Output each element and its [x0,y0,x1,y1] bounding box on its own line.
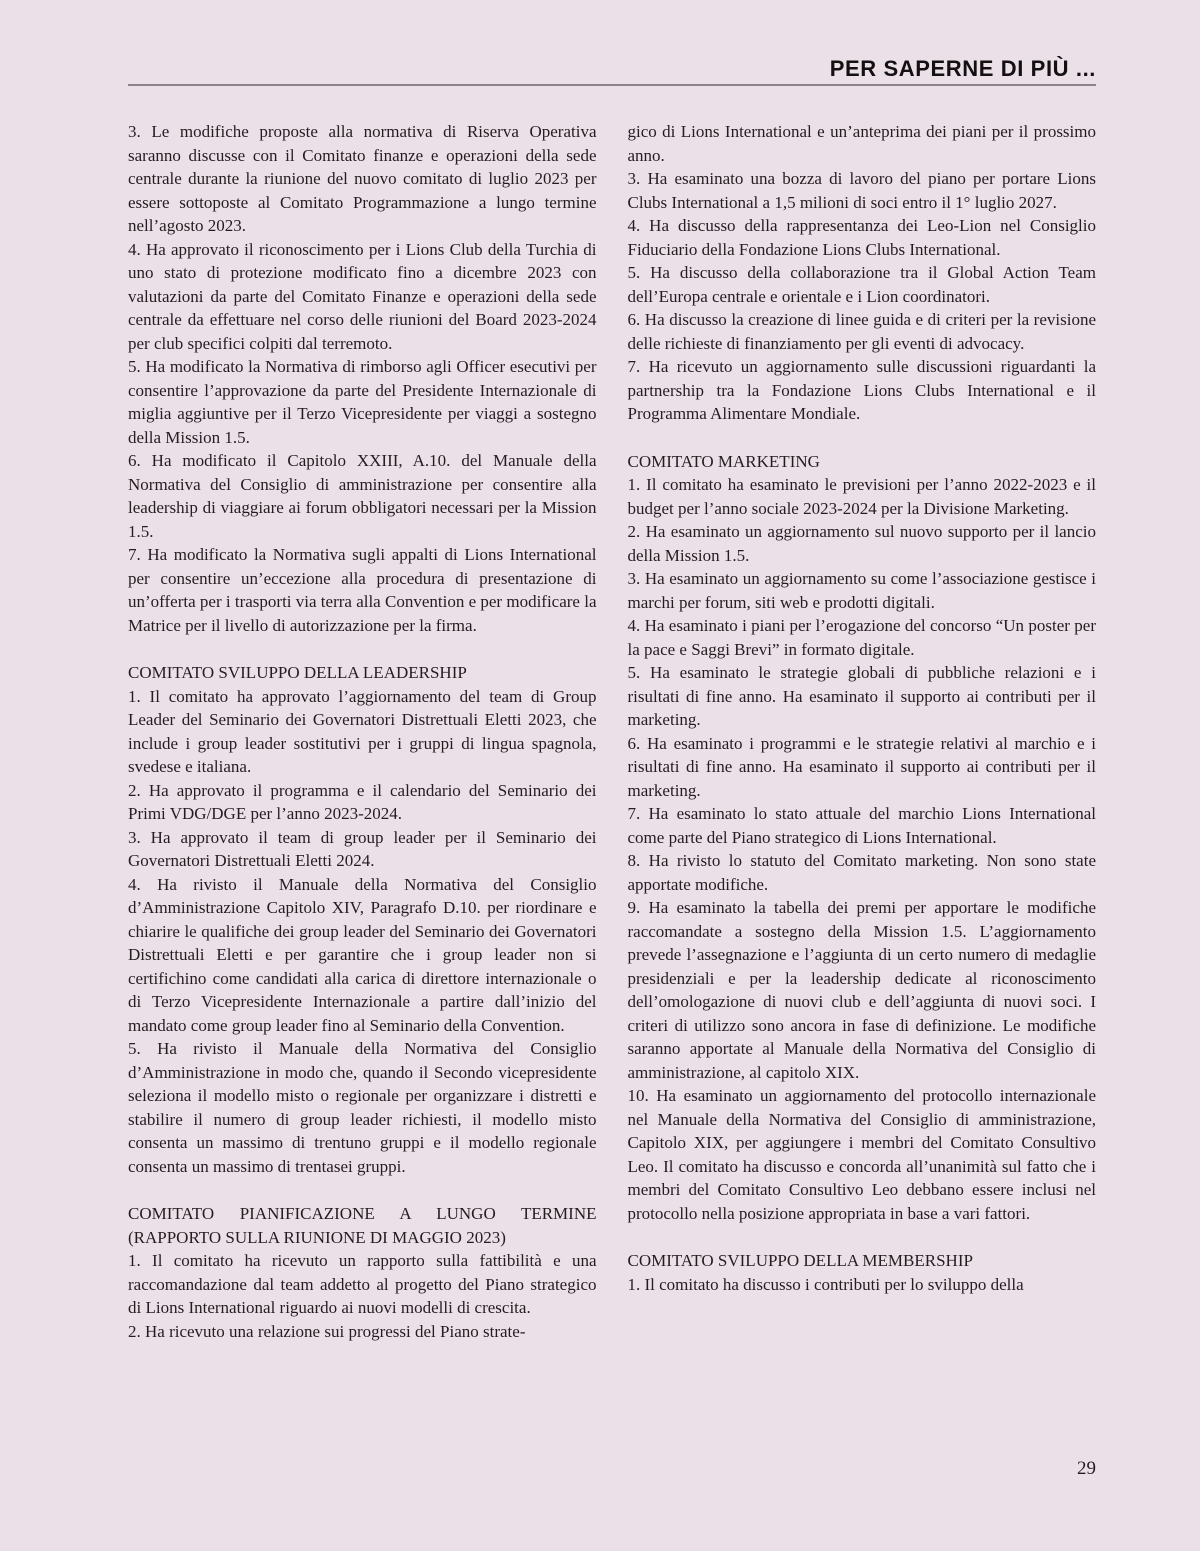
header-rule [128,84,1096,86]
list-item: 8. Ha rivisto lo statuto del Comitato ma… [628,849,1097,896]
list-item: 5. Ha rivisto il Manuale della Normativa… [128,1037,597,1178]
list-item: 9. Ha esaminato la tabella dei premi per… [628,896,1097,1084]
list-item: 6. Ha modificato il Capitolo XXIII, A.10… [128,449,597,543]
list-item: 4. Ha rivisto il Manuale della Normativa… [128,873,597,1038]
section-heading: COMITATO PIANIFICAZIONE A LUNGO TERMINE … [128,1202,597,1249]
page-header-title: PER SAPERNE DI PIÙ ... [128,0,1096,80]
list-item: 5. Ha modificato la Normativa di rimbors… [128,355,597,449]
section-heading: COMITATO SVILUPPO DELLA MEMBERSHIP [628,1249,1097,1273]
list-item: 1. Il comitato ha esaminato le prevision… [628,473,1097,520]
list-item: 3. Ha esaminato un aggiornamento su come… [628,567,1097,614]
list-item: 6. Ha esaminato i programmi e le strateg… [628,732,1097,803]
list-item: 4. Ha approvato il riconoscimento per i … [128,238,597,356]
list-item: 2. Ha esaminato un aggiornamento sul nuo… [628,520,1097,567]
list-item: 2. Ha approvato il programma e il calend… [128,779,597,826]
list-item: 3. Le modifiche proposte alla normativa … [128,120,597,238]
list-item: 5. Ha discusso della collaborazione tra … [628,261,1097,308]
list-item: 7. Ha ricevuto un aggiornamento sulle di… [628,355,1097,426]
list-item: 1. Il comitato ha discusso i contributi … [628,1273,1097,1297]
list-item: gico di Lions International e un’antepri… [628,120,1097,167]
article-columns: 3. Le modifiche proposte alla normativa … [128,120,1096,1343]
page-content: PER SAPERNE DI PIÙ ... 3. Le modifiche p… [128,0,1096,1551]
list-item: 3. Ha esaminato una bozza di lavoro del … [628,167,1097,214]
list-item: 1. Il comitato ha approvato l’aggiorname… [128,685,597,779]
list-item: 10. Ha esaminato un aggiornamento del pr… [628,1084,1097,1225]
column-left: 3. Le modifiche proposte alla normativa … [128,120,597,1343]
section-heading: COMITATO MARKETING [628,450,1097,474]
column-right: gico di Lions International e un’antepri… [628,120,1097,1343]
list-item: 4. Ha discusso della rappresentanza dei … [628,214,1097,261]
list-item: 7. Ha modificato la Normativa sugli appa… [128,543,597,637]
list-item: 7. Ha esaminato lo stato attuale del mar… [628,802,1097,849]
list-item: 6. Ha discusso la creazione di linee gui… [628,308,1097,355]
magazine-page: PER SAPERNE DI PIÙ ... 3. Le modifiche p… [0,0,1200,1551]
list-item: 3. Ha approvato il team di group leader … [128,826,597,873]
list-item: 5. Ha esaminato le strategie globali di … [628,661,1097,732]
list-item: 4. Ha esaminato i piani per l’erogazione… [628,614,1097,661]
section-heading: COMITATO SVILUPPO DELLA LEADERSHIP [128,661,597,685]
list-item: 1. Il comitato ha ricevuto un rapporto s… [128,1249,597,1320]
page-number: 29 [1077,1458,1096,1480]
list-item: 2. Ha ricevuto una relazione sui progres… [128,1320,597,1344]
